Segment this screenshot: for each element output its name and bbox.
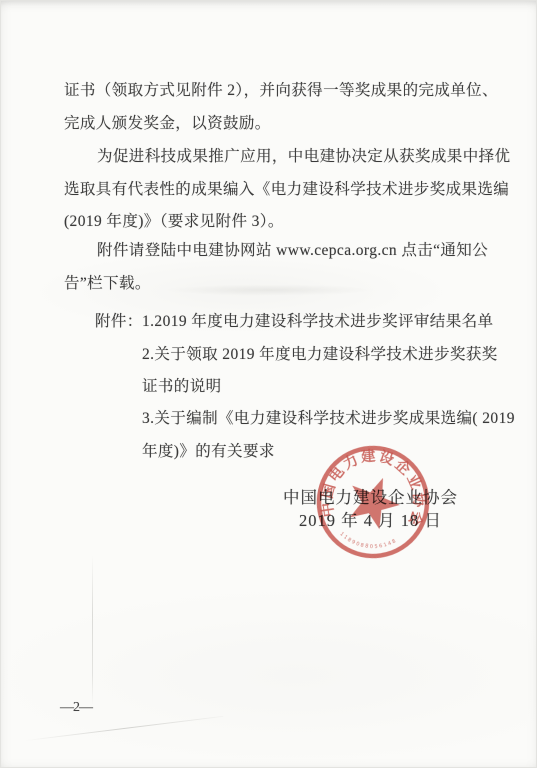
scanned-document-page: 证书（领取方式见附件 2），并向获得一等奖成果的完成单位、 完成人颁发奖金，以资… (0, 0, 537, 768)
attachment-item: 年度)》的有关要求 (142, 439, 275, 461)
body-line: 附件请登陆中电建协网站 www.cepca.org.cn 点击“通知公 (97, 238, 488, 260)
attachment-item: 1.2019 年度电力建设科学技术进步奖评审结果名单 (142, 309, 493, 331)
scan-crease-vertical (92, 555, 93, 705)
attachments-label: 附件： (95, 309, 143, 331)
body-line: 选取具有代表性的成果编入《电力建设科学技术进步奖成果选编 (64, 177, 509, 199)
body-line: 为促进科技成果推广应用，中电建协决定从获奖成果中择优 (97, 144, 510, 166)
attachment-item: 证书的说明 (142, 374, 222, 396)
body-line: 告”栏下载。 (64, 271, 151, 293)
official-seal: 中国电力建设企业协会 1189088056148 (295, 424, 451, 580)
star-icon (347, 474, 402, 531)
scan-smudge (120, 282, 420, 298)
body-line: 完成人颁发奖金，以资鼓励。 (64, 111, 271, 133)
body-line: 证书（领取方式见附件 2），并向获得一等奖成果的完成单位、 (64, 78, 498, 100)
body-line: (2019 年度)》（要求见附件 3）。 (64, 209, 284, 231)
attachment-item: 2.关于领取 2019 年度电力建设科学技术进步奖获奖 (142, 342, 498, 364)
scan-crease-diagonal (25, 716, 224, 741)
attachment-item: 3.关于编制《电力建设科学技术进步奖成果选编( 2019 (142, 406, 515, 428)
page-number: —2— (60, 700, 92, 716)
